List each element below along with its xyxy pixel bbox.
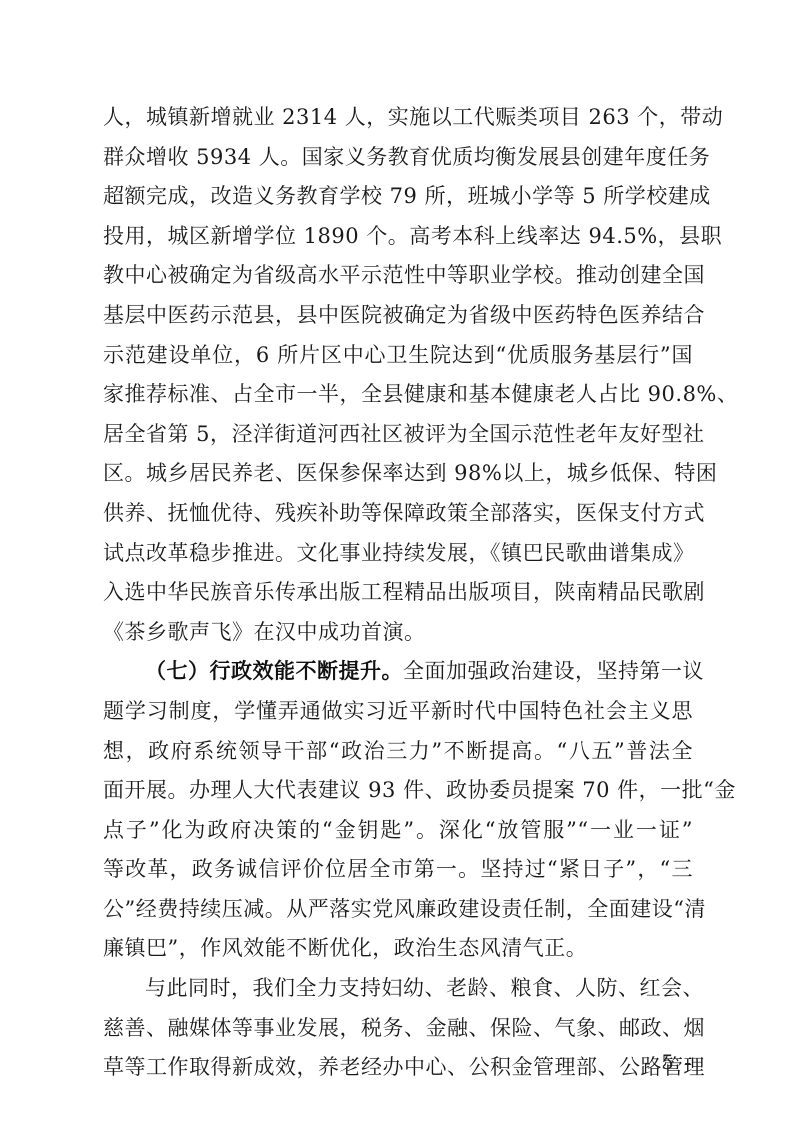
text-line: 超额完成，改造义务教育学校 79 所，班城小学等 5 所学校建成 <box>103 177 693 217</box>
paragraph-administrative-efficiency: （七）行政效能不断提升。全面加强政治建设，坚持第一议 题学习制度，学懂弄通做实习… <box>103 652 693 969</box>
page-number: - 5 - <box>644 1050 693 1074</box>
section-heading: （七）行政效能不断提升。 <box>145 659 403 683</box>
text-line: 入选中华民族音乐传承出版工程精品出版项目，陕南精品民歌剧 <box>103 573 693 613</box>
text-line: 供养、抚恤优待、残疾补助等保障政策全部落实，医保支付方式 <box>103 494 693 534</box>
paragraph-social-services: 人，城镇新增就业 2314 人，实施以工代赈类项目 263 个，带动 群众增收 … <box>103 98 693 652</box>
text-line-with-heading: （七）行政效能不断提升。全面加强政治建设，坚持第一议 <box>103 652 693 692</box>
text-line: 与此同时，我们全力支持妇幼、老龄、粮食、人防、红会、 <box>103 969 693 1009</box>
text-line: 慈善、融媒体等事业发展，税务、金融、保险、气象、邮政、烟 <box>103 1009 693 1049</box>
text-line: 《茶乡歌声飞》在汉中成功首演。 <box>103 613 693 653</box>
text-line: 群众增收 5934 人。国家义务教育优质均衡发展县创建年度任务 <box>103 138 693 178</box>
text-line: 家推荐标准、占全市一半，全县健康和基本健康老人占比 90.8%、 <box>103 375 693 415</box>
text-line: 公”经费持续压减。从严落实党风廉政建设责任制，全面建设“清 <box>103 890 693 930</box>
text-line: 基层中医药示范县，县中医院被确定为省级中医药特色医养结合 <box>103 296 693 336</box>
text-line: 教中心被确定为省级高水平示范性中等职业学校。推动创建全国 <box>103 256 693 296</box>
text-line: 点子”化为政府决策的“金钥匙”。深化“放管服”“一业一证” <box>103 811 693 851</box>
text-line: 区。城乡居民养老、医保参保率达到 98%以上，城乡低保、特困 <box>103 454 693 494</box>
document-page: 人，城镇新增就业 2314 人，实施以工代赈类项目 263 个，带动 群众增收 … <box>0 0 793 1122</box>
text-run: 全面加强政治建设，坚持第一议 <box>403 659 704 683</box>
text-line: 想，政府系统领导干部“政治三力”不断提高。“八五”普法全 <box>103 732 693 772</box>
text-line: 居全省第 5，泾洋街道河西社区被评为全国示范性老年友好型社 <box>103 415 693 455</box>
text-line: 人，城镇新增就业 2314 人，实施以工代赈类项目 263 个，带动 <box>103 98 693 138</box>
text-line: 廉镇巴”，作风效能不断优化，政治生态风清气正。 <box>103 929 693 969</box>
paragraph-other-services: 与此同时，我们全力支持妇幼、老龄、粮食、人防、红会、 慈善、融媒体等事业发展，税… <box>103 969 693 1088</box>
text-line: 草等工作取得新成效，养老经办中心、公积金管理部、公路管理 <box>103 1048 693 1088</box>
document-body: 人，城镇新增就业 2314 人，实施以工代赈类项目 263 个，带动 群众增收 … <box>103 98 693 1088</box>
text-line: 投用，城区新增学位 1890 个。高考本科上线率达 94.5%，县职 <box>103 217 693 257</box>
text-line: 等改革，政务诚信评价位居全市第一。坚持过“紧日子”，“三 <box>103 850 693 890</box>
text-line: 题学习制度，学懂弄通做实习近平新时代中国特色社会主义思 <box>103 692 693 732</box>
text-line: 示范建设单位，6 所片区中心卫生院达到“优质服务基层行”国 <box>103 336 693 376</box>
text-line: 面开展。办理人大代表建议 93 件、政协委员提案 70 件，一批“金 <box>103 771 693 811</box>
text-line: 试点改革稳步推进。文化事业持续发展，《镇巴民歌曲谱集成》 <box>103 534 693 574</box>
